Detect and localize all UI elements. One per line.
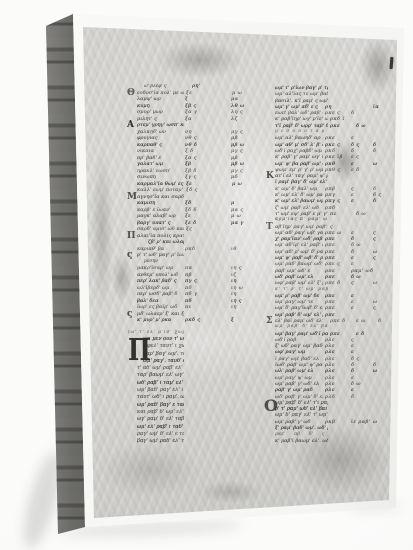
line-text: ωμ' ραγ'. ταυδ' ωκ' ελ' ϊ ραβ' ωμ' δε βα… bbox=[143, 358, 184, 365]
manuscript-line: βαγ' ωμ' ραδ' ελ' ταγ' ωμ' ραβ' ε bbox=[128, 438, 262, 445]
line-text: και ραβ' δ' ωμ' ελ' ταγ' ϊ βαμ' ωδ' ραγ'… bbox=[137, 409, 184, 416]
line-text: ραγ' ωμ' δ' ελ' ε ταβ' ωδ' ραμ' γ' ϊ ελ'… bbox=[137, 431, 184, 438]
line-text: κ' ραβ'ϊ βαωμ' ελ'. ωδ' ραμ' ελ' γ' ραβ'… bbox=[275, 438, 328, 444]
manuscript-line: ταρ' βαωμ' ελ' ωγ' ραμ' ψ' ταδ' ωρ' βαγ'… bbox=[128, 372, 262, 379]
line-text: ωδ' ραβ' ϊ ταμ' ελ' βαγ' ωμ' ραδ' ε ψ' ω… bbox=[137, 380, 184, 387]
manuscript-line: ωμ' ελ' ραβ' ϊ ταδ' γ' βαωμ' ραδ' ε ωγ' … bbox=[128, 424, 262, 431]
manuscript-line: ταυτ' ωδ' ϊ ραμ'. ωγ' δ' ελ' βαμ' ραδ' ω… bbox=[128, 394, 262, 401]
manuscript-line: και ραβ' δ' ωμ' ελ' ταγ' ϊ βαμ' ωδ' ραγ'… bbox=[128, 409, 262, 416]
line-text: καρ' βαγ' ωμ'. ταδ' ωμ' ελ' ραβ' δ' ϊ ρα… bbox=[143, 351, 184, 358]
manuscript-line: ωμ' βαδ' ραγ' ελ' ϊ ταμ' ωδ' ραβ' ε. α δ… bbox=[128, 387, 262, 394]
line-text: ωμ' βαδ' ραγ' ελ' ϊ ταμ' ωδ' ραβ' ε. α δ… bbox=[137, 387, 184, 394]
manuscript-line: ωγ' ραμ' δ' ελ' ταβ' ωμ' ϊ ραδ' ε βαγ' ω… bbox=[128, 416, 262, 423]
line-text: ταρ' βαωμ' ελ' ωγ' ραμ' ψ' ταδ' ωρ' βαγ'… bbox=[137, 372, 184, 379]
line-text: ωμ' ραδ' βαγ' ε ταδ' ελ' ωμ' ϊ ραβ' γ' χ… bbox=[137, 402, 184, 409]
manuscript-line: ωφελ' ταυτ' ϊ χωρ' ραμ' ε ωδ' ελ' α μεν … bbox=[128, 343, 262, 350]
manuscript-line: ωμ' ραδ' βαγ' ε ταδ' ελ' ωμ' ϊ ραβ' γ' χ… bbox=[128, 402, 262, 409]
manuscript-line: ραγ' ωμ' δ' ελ' ε ταβ' ωδ' ραμ' γ' ϊ ελ'… bbox=[128, 431, 262, 438]
ink-mark-top-right bbox=[390, 57, 393, 69]
manuscript-line: ωμ' ραγ'. ταυδ' ωκ' ελ' ϊ ραβ' ωμ' δε βα… bbox=[128, 358, 262, 365]
manuscript-line: τ' αδ' ωμ' ραβ' ελ' ϊ βαγ' χωρ' ραμ' ωδ'… bbox=[128, 365, 262, 372]
canvas-print-product-photo: ω' βλεφ' ς ρη' Θ εοδοσ'ϊα πολ' με ωφ' νο… bbox=[0, 0, 413, 550]
manuscript-line: Π ερι μεν ουν τ' ωμ ραβ' δ ελ' τ ϊ ραμ' … bbox=[128, 336, 262, 343]
manuscript-left-column: ω' βλεφ' ς ρη' Θ εοδοσ'ϊα πολ' με ωφ' νο… bbox=[128, 83, 262, 445]
line-text: τ' αδ' ωμ' ραβ' ελ' ϊ βαγ' χωρ' ραμ' ωδ'… bbox=[137, 365, 184, 372]
line-text: ταυτ' ωδ' ϊ ραμ'. ωγ' δ' ελ' βαμ' ραδ' ω… bbox=[137, 394, 184, 401]
line-text: ωφελ' ταυτ' ϊ χωρ' ραμ' ε ωδ' ελ' α μεν … bbox=[143, 343, 184, 350]
line-text: ωμ' ελ' ραβ' ϊ ταδ' γ' βαωμ' ραδ' ε ωγ' … bbox=[137, 424, 184, 431]
manuscript-line: καρ' βαγ' ωμ'. ταδ' ωμ' ελ' ραβ' δ' ϊ ρα… bbox=[128, 351, 262, 358]
manuscript-line: ωδ' ραβ' ϊ ταμ' ελ' βαγ' ωμ' ραδ' ε ψ' ω… bbox=[128, 380, 262, 387]
manuscript-right-column: ωμ' τ' ρ'ϊων βαγ' ρ' τραπεζ' ωμ' ραγ' τω… bbox=[267, 85, 394, 444]
line-text: βαγ' ωμ' ραδ' ελ' ταγ' ωμ' ραβ' ε bbox=[137, 438, 184, 445]
manuscript-line: κ' ραβ'ϊ βαωμ' ελ'. ωδ' ραμ' ελ' γ' ραβ'… bbox=[267, 438, 394, 444]
line-text: ωγ' ραμ' δ' ελ' ταβ' ωμ' ϊ ραδ' ε βαγ' ω… bbox=[137, 416, 184, 423]
